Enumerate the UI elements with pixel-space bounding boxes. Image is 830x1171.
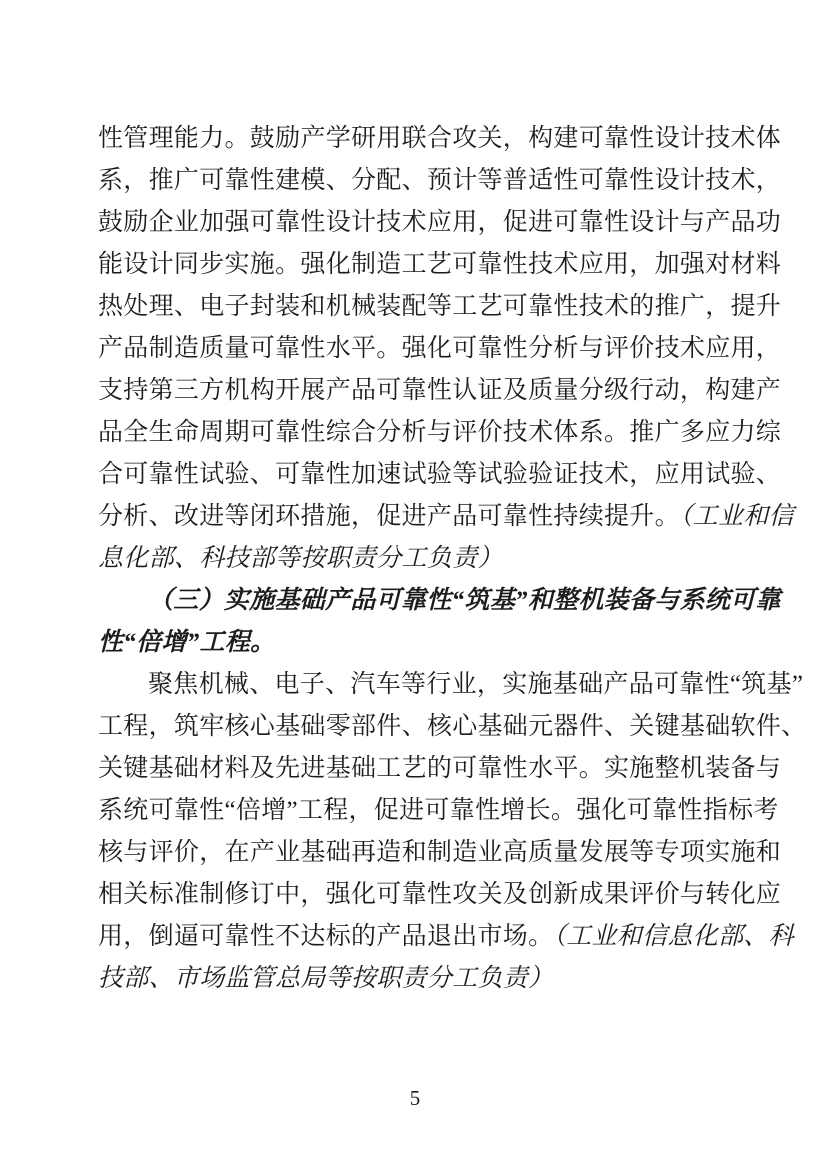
text-line: 品全生命周期可靠性综合分析与评价技术体系。推广多应力综 bbox=[98, 412, 728, 454]
text-line: 合可靠性试验、可靠性加速试验等试验验证技术，应用试验、 bbox=[98, 454, 728, 496]
fangsong-text-segment: 关键基础材料及先进基础工艺的可靠性水平。实施整机装备与 bbox=[98, 755, 781, 782]
fangsong-text-segment: 合可靠性试验、可靠性加速试验等试验验证技术，应用试验、 bbox=[98, 461, 781, 488]
fangsong-text-segment: 能设计同步实施。强化制造工艺可靠性技术应用，加强对材料 bbox=[98, 251, 781, 278]
kaiti-text-segment: 技部、市场监管总局等按职责分工负责） bbox=[98, 965, 553, 992]
text-line: 分析、改进等闭环措施，促进产品可靠性持续提升。（工业和信 bbox=[98, 496, 728, 538]
document-page: 性管理能力。鼓励产学研用联合攻关，构建可靠性设计技术体系，推广可靠性建模、分配、… bbox=[0, 0, 830, 1171]
fangsong-text-segment: 用，倒逼可靠性不达标的产品退出市场。 bbox=[98, 923, 553, 950]
text-line: 息化部、科技部等按职责分工负责） bbox=[98, 538, 728, 580]
kaiti-text-segment: （工业和信 bbox=[680, 503, 794, 530]
text-line: 热处理、电子封装和机械装配等工艺可靠性技术的推广，提升 bbox=[98, 286, 728, 328]
text-line: 相关标准制修订中，强化可靠性攻关及创新成果评价与转化应 bbox=[98, 874, 728, 916]
text-line: 技部、市场监管总局等按职责分工负责） bbox=[98, 958, 728, 1000]
text-line: 工程，筑牢核心基础零部件、核心基础元器件、关键基础软件、 bbox=[98, 706, 728, 748]
fangsong-text-segment: 系，推广可靠性建模、分配、预计等普适性可靠性设计技术， bbox=[98, 167, 781, 194]
document-body: 性管理能力。鼓励产学研用联合攻关，构建可靠性设计技术体系，推广可靠性建模、分配、… bbox=[98, 118, 728, 1000]
text-line: 系，推广可靠性建模、分配、预计等普适性可靠性设计技术， bbox=[98, 160, 728, 202]
fangsong-text-segment: 品全生命周期可靠性综合分析与评价技术体系。推广多应力综 bbox=[98, 419, 781, 446]
fangsong-text-segment: 分析、改进等闭环措施，促进产品可靠性持续提升。 bbox=[98, 503, 680, 530]
fangsong-text-segment: 鼓励企业加强可靠性设计技术应用，促进可靠性设计与产品功 bbox=[98, 209, 781, 236]
fangsong-text-segment: 支持第三方机构开展产品可靠性认证及质量分级行动，构建产 bbox=[98, 377, 781, 404]
text-line: 关键基础材料及先进基础工艺的可靠性水平。实施整机装备与 bbox=[98, 748, 728, 790]
fangsong-text-segment: 系统可靠性“倍增”工程，促进可靠性增长。强化可靠性指标考 bbox=[98, 797, 779, 824]
text-line: 用，倒逼可靠性不达标的产品退出市场。（工业和信息化部、科 bbox=[98, 916, 728, 958]
fangsong-text-segment: 产品制造质量可靠性水平。强化可靠性分析与评价技术应用， bbox=[98, 335, 781, 362]
fangsong-text-segment: 核与评价，在产业基础再造和制造业高质量发展等专项实施和 bbox=[98, 839, 781, 866]
kaiti-text-segment: （三）实施基础产品可靠性“筑基”和整机装备与系统可靠 bbox=[148, 587, 781, 614]
text-line: 能设计同步实施。强化制造工艺可靠性技术应用，加强对材料 bbox=[98, 244, 728, 286]
fangsong-text-segment: 性管理能力。鼓励产学研用联合攻关，构建可靠性设计技术体 bbox=[98, 125, 781, 152]
text-line: 产品制造质量可靠性水平。强化可靠性分析与评价技术应用， bbox=[98, 328, 728, 370]
fangsong-text-segment: 工程，筑牢核心基础零部件、核心基础元器件、关键基础软件、 bbox=[98, 713, 806, 740]
fangsong-text-segment: 热处理、电子封装和机械装配等工艺可靠性技术的推广，提升 bbox=[98, 293, 781, 320]
text-line: 系统可靠性“倍增”工程，促进可靠性增长。强化可靠性指标考 bbox=[98, 790, 728, 832]
kaiti-text-segment: （工业和信息化部、科 bbox=[553, 923, 794, 950]
text-line: 支持第三方机构开展产品可靠性认证及质量分级行动，构建产 bbox=[98, 370, 728, 412]
kaiti-text-segment: 息化部、科技部等按职责分工负责） bbox=[98, 545, 503, 572]
fangsong-text-segment: 聚焦机械、电子、汽车等行业，实施基础产品可靠性“筑基” bbox=[148, 671, 803, 698]
fangsong-text-segment: 相关标准制修订中，强化可靠性攻关及创新成果评价与转化应 bbox=[98, 881, 781, 908]
text-line: 鼓励企业加强可靠性设计技术应用，促进可靠性设计与产品功 bbox=[98, 202, 728, 244]
kaiti-text-segment: 性“倍增”工程。 bbox=[98, 629, 275, 656]
text-line: 性“倍增”工程。 bbox=[98, 622, 728, 664]
text-line: 核与评价，在产业基础再造和制造业高质量发展等专项实施和 bbox=[98, 832, 728, 874]
page-number: 5 bbox=[0, 1083, 830, 1113]
text-line: 性管理能力。鼓励产学研用联合攻关，构建可靠性设计技术体 bbox=[98, 118, 728, 160]
text-line: （三）实施基础产品可靠性“筑基”和整机装备与系统可靠 bbox=[98, 580, 728, 622]
text-line: 聚焦机械、电子、汽车等行业，实施基础产品可靠性“筑基” bbox=[98, 664, 728, 706]
